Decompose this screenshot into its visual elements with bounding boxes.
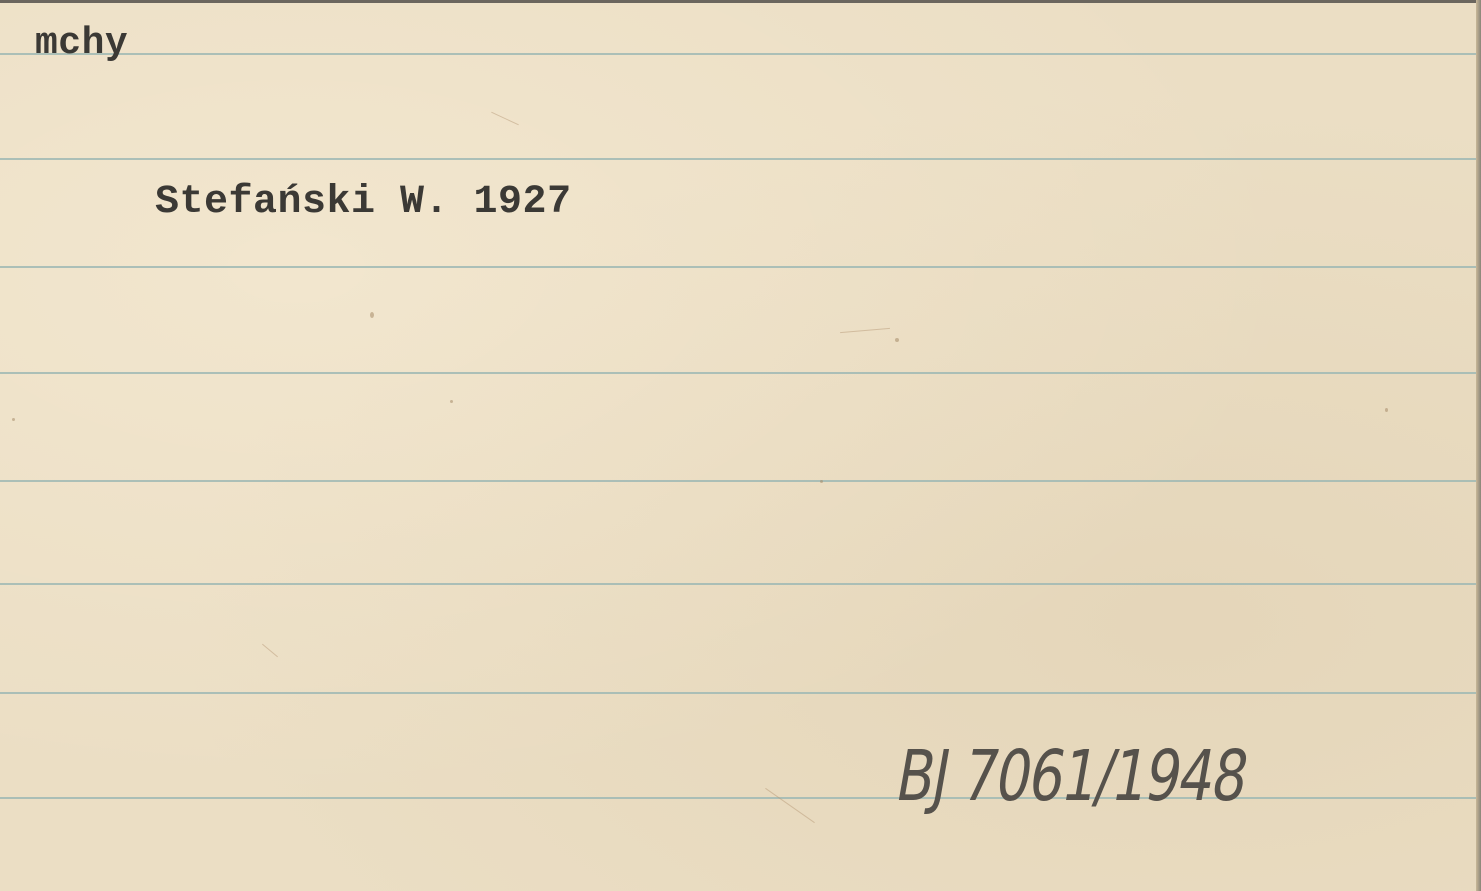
author-entry: Stefański W. 1927 (155, 180, 572, 225)
paper-speck (450, 400, 453, 403)
handwritten-shelfmark: BJ 7061/1948 (891, 735, 1254, 817)
paper-speck (1385, 408, 1388, 412)
subject-heading: mchy (35, 22, 128, 65)
rule-line (0, 53, 1476, 55)
paper-speck (12, 418, 15, 421)
paper-fiber (765, 788, 815, 823)
rule-line (0, 158, 1476, 160)
rule-line (0, 797, 1476, 799)
paper-speck (820, 480, 823, 483)
rule-line (0, 372, 1476, 374)
rule-line (0, 266, 1476, 268)
catalog-card: mchy Stefański W. 1927 BJ 7061/1948 (0, 0, 1481, 891)
rule-line (0, 583, 1476, 585)
paper-fiber (491, 112, 519, 126)
paper-speck (895, 338, 899, 342)
card-top-edge (0, 0, 1481, 3)
paper-fiber (840, 328, 890, 333)
paper-speck (370, 312, 374, 318)
rule-line (0, 480, 1476, 482)
rule-line (0, 692, 1476, 694)
card-right-edge (1476, 0, 1481, 891)
paper-fiber (262, 644, 278, 658)
